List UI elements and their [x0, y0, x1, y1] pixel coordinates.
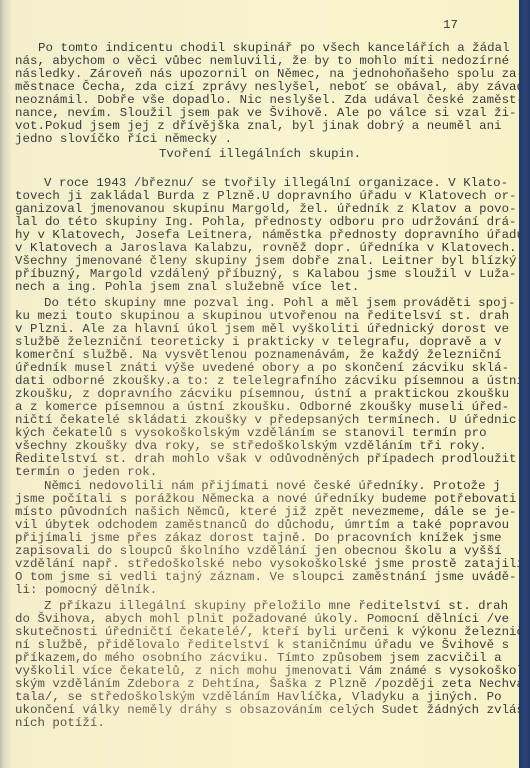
text-line: ních potíží.	[15, 717, 105, 730]
text-line: termín o jeden rok.	[15, 466, 157, 479]
section-heading: Tvoření illegálních skupin.	[0, 148, 520, 161]
document-page: 17 Tvoření illegálních skupin. Po tomto …	[0, 0, 520, 768]
text-line: nech a ing. Pohla jsem znal služebně víc…	[15, 281, 359, 294]
text-line: li: pomocný dělník.	[15, 584, 157, 597]
page-number: 17	[443, 18, 458, 32]
text-line: jedno slovíčko říci německy .	[15, 133, 232, 146]
blue-binding-strip	[519, 0, 530, 768]
